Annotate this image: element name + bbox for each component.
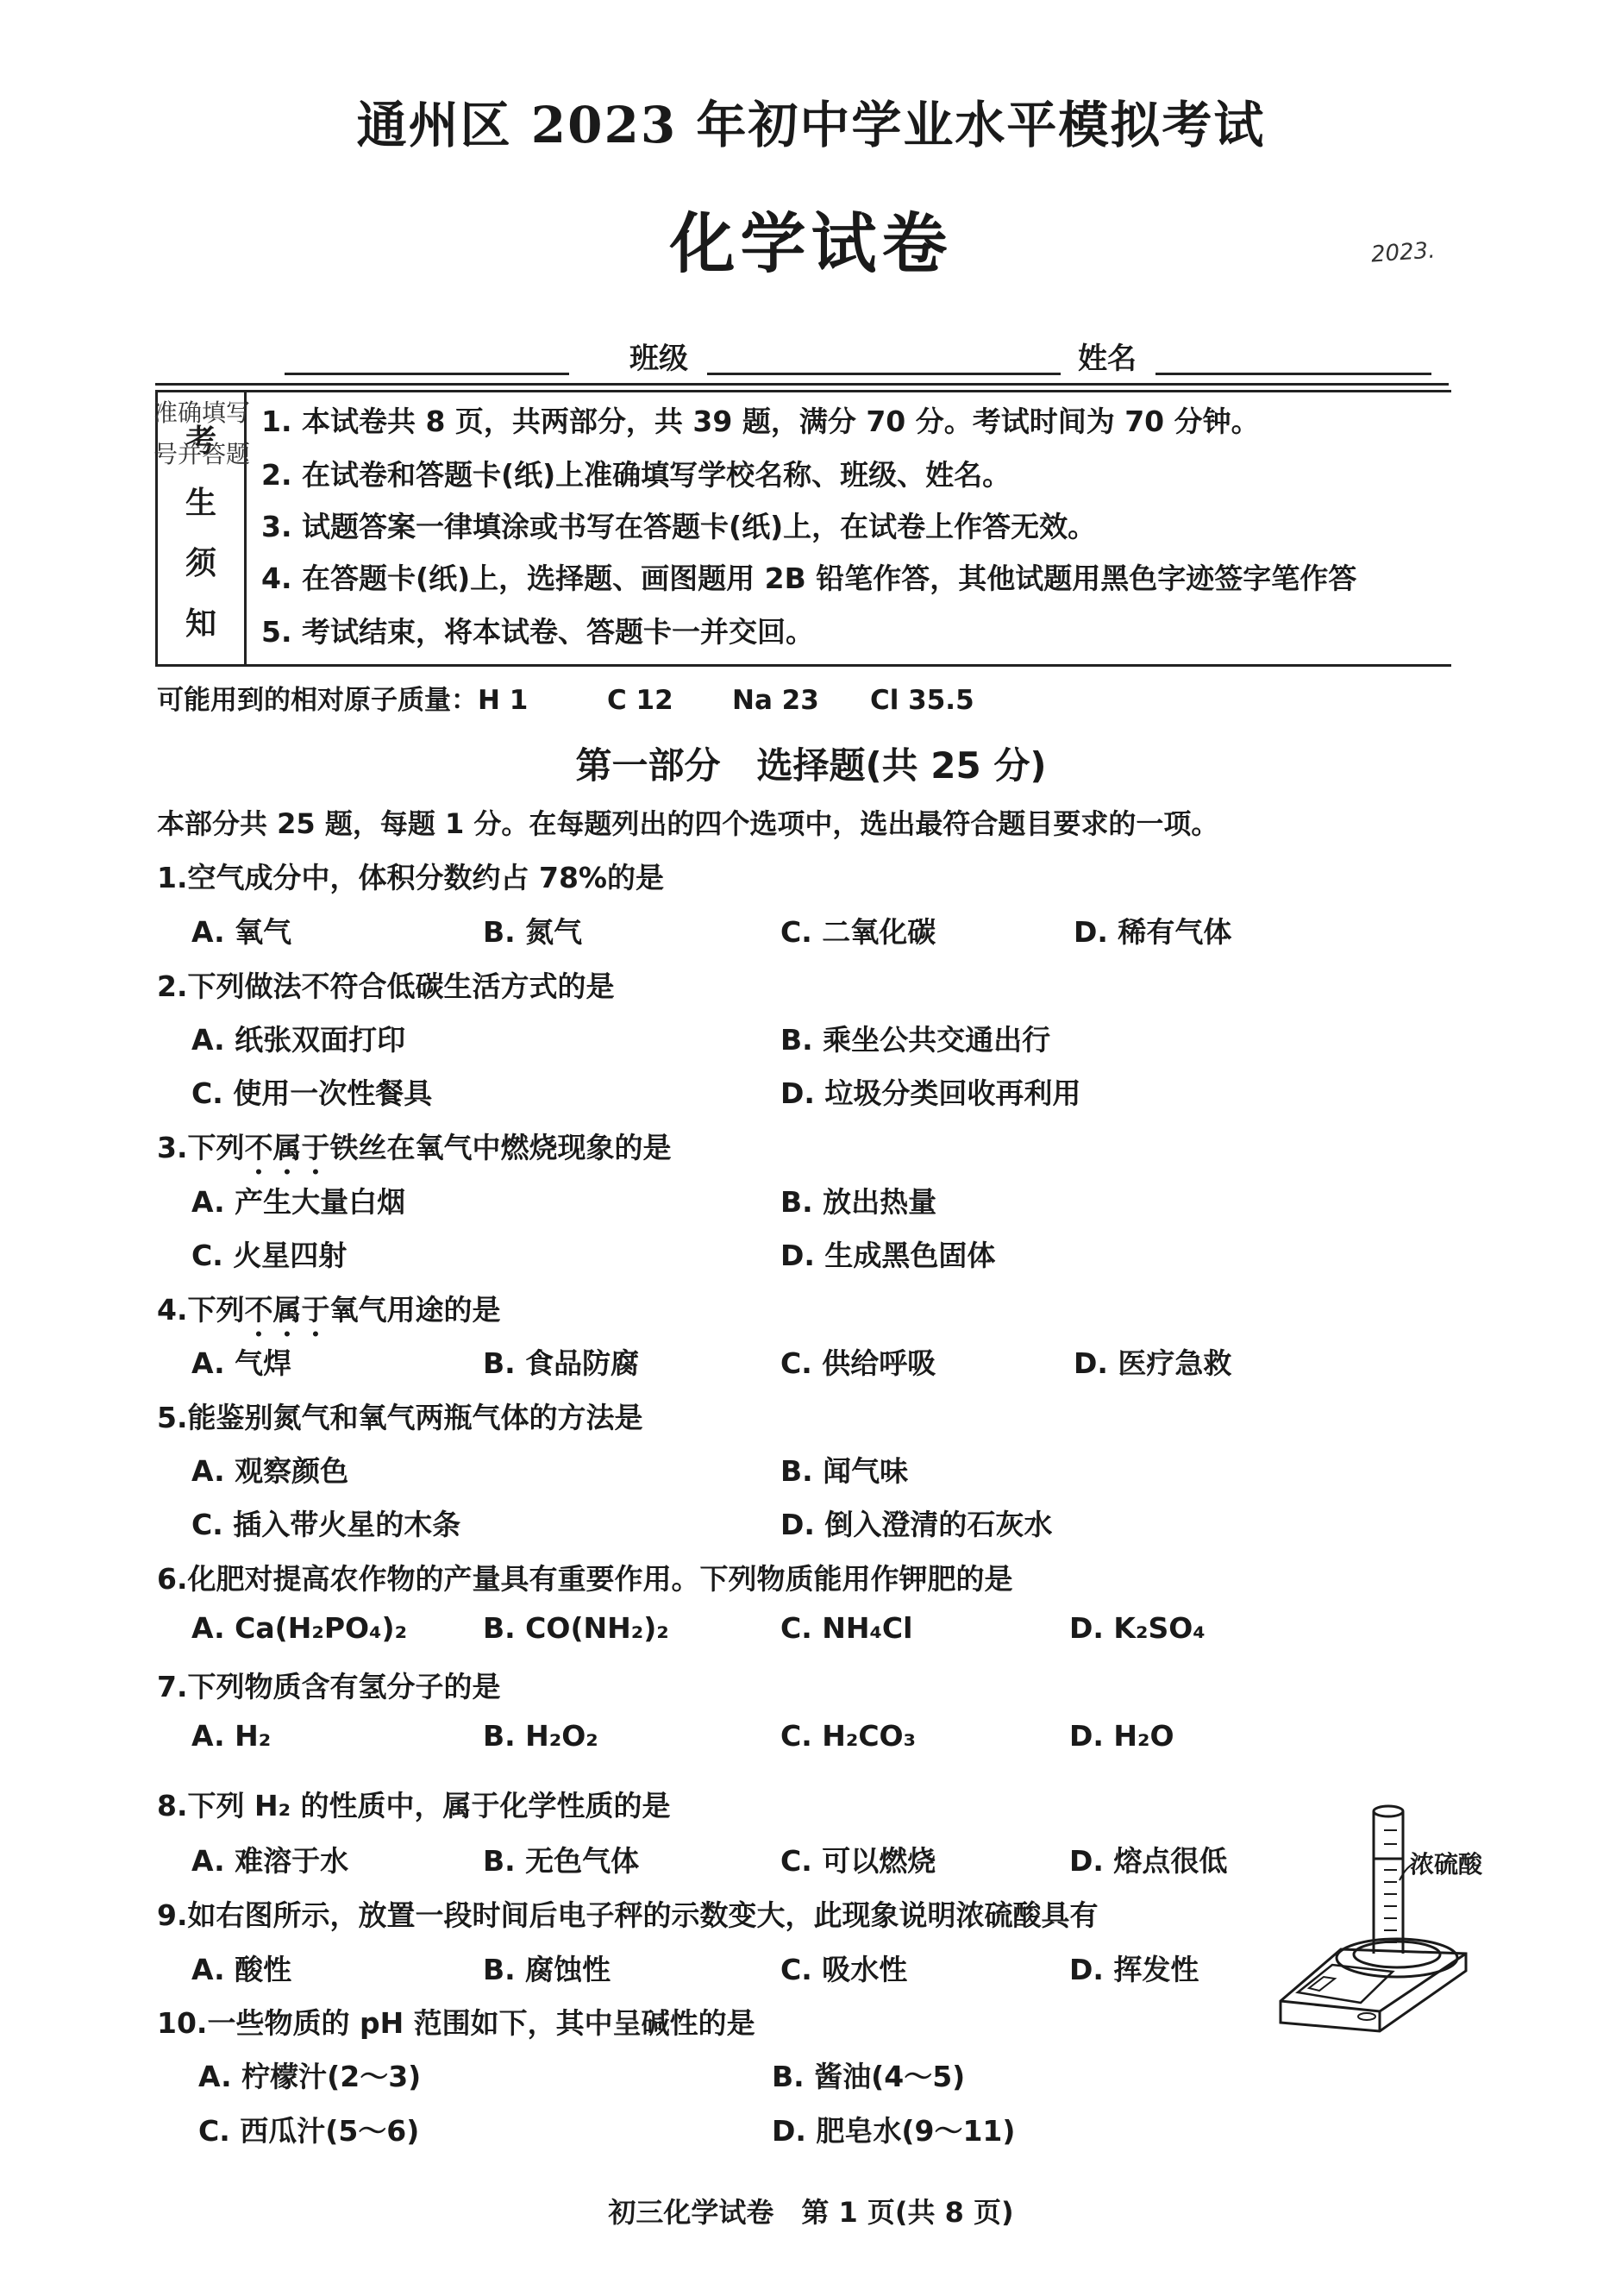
question-10: 10.一些物质的 pH 范围如下，其中呈碱性的是 xyxy=(157,2001,755,2042)
option-c[interactable]: C. 可以燃烧 xyxy=(780,1839,936,1879)
option-a[interactable]: A. 观察颜色 xyxy=(191,1449,348,1490)
option-d[interactable]: D. 挥发性 xyxy=(1069,1948,1199,1988)
option-b[interactable]: B. 食品防腐 xyxy=(483,1341,639,1382)
option-a[interactable]: A. 纸张双面打印 xyxy=(191,1018,405,1058)
option-a[interactable]: A. H₂ xyxy=(191,1719,271,1753)
option-b[interactable]: B. 闻气味 xyxy=(780,1449,908,1490)
option-d[interactable]: D. K₂SO₄ xyxy=(1069,1611,1206,1645)
option-c[interactable]: C. 供给呼吸 xyxy=(780,1341,936,1382)
question-9: 9.如右图所示，放置一段时间后电子秤的示数变大，此现象说明浓硫酸具有 xyxy=(157,1893,1099,1934)
option-d[interactable]: D. 倒入澄清的石灰水 xyxy=(780,1502,1052,1543)
atomic-mass-entry: C 12 xyxy=(607,685,732,716)
section-title: 第一部分 选择题(共 25 分) xyxy=(0,737,1622,789)
atomic-mass-entry: Na 23 xyxy=(732,685,870,716)
notice-item: 1. 本试卷共 8 页，共两部分，共 39 题，满分 70 分。考试时间为 70… xyxy=(261,399,1260,440)
option-c[interactable]: C. 插入带火星的木条 xyxy=(191,1502,460,1543)
atomic-masses-label: 可能用到的相对原子质量： xyxy=(157,685,478,716)
option-a[interactable]: A. Ca(H₂PO₄)₂ xyxy=(191,1611,407,1645)
question-4: 4.下列不属于氧气用途的是 xyxy=(157,1288,501,1344)
option-c[interactable]: C. 使用一次性餐具 xyxy=(191,1071,432,1112)
option-a[interactable]: A. 酸性 xyxy=(191,1948,291,1988)
scale-cylinder-figure: 浓硫酸 xyxy=(1259,1777,1518,2036)
exam-notice-box: 考 生 须 知 准确填写 号并答题 1. 本试卷共 8 页，共两部分，共 39 … xyxy=(155,390,1451,667)
option-c[interactable]: C. NH₄Cl xyxy=(780,1611,912,1645)
graduated-cylinder-on-scale-icon xyxy=(1259,1777,1518,2036)
option-c[interactable]: C. 火星四射 xyxy=(191,1233,347,1274)
exam-title: 通州区 2023 年初中学业水平模拟考试 xyxy=(0,85,1622,157)
option-d[interactable]: D. 医疗急救 xyxy=(1074,1341,1231,1382)
atomic-mass-entry: H 1 xyxy=(478,685,573,716)
option-a[interactable]: A. 气焊 xyxy=(191,1341,291,1382)
option-b[interactable]: B. H₂O₂ xyxy=(483,1719,598,1753)
name-label: 姓名 xyxy=(1078,335,1137,377)
notice-item: 3. 试题答案一律填涂或书写在答题卡(纸)上，在试卷上作答无效。 xyxy=(261,505,1096,545)
option-d[interactable]: D. 垃圾分类回收再利用 xyxy=(780,1071,1080,1112)
emphasis-text: 不属于 xyxy=(245,1131,330,1164)
question-8: 8.下列 H₂ 的性质中，属于化学性质的是 xyxy=(157,1784,671,1824)
notice-item: 4. 在答题卡(纸)上，选择题、画图题用 2B 铅笔作答，其他试题用黑色字迹签字… xyxy=(261,556,1356,597)
notice-label-column: 考 生 须 知 xyxy=(158,392,247,664)
notice-label-char: 生 xyxy=(158,479,244,523)
option-c[interactable]: C. 西瓜汁(5～6) xyxy=(198,2109,419,2149)
school-field[interactable] xyxy=(285,373,569,375)
date-stamp: 2023. xyxy=(1370,237,1436,267)
overlay-artifact-text: 号并答题 xyxy=(153,436,250,470)
figure-label: 浓硫酸 xyxy=(1410,1846,1482,1880)
notice-label-char: 知 xyxy=(158,599,244,643)
option-b[interactable]: B. 无色气体 xyxy=(483,1839,639,1879)
student-info-fields: 班级 姓名 xyxy=(285,335,1431,374)
page-footer: 初三化学试卷 第 1 页(共 8 页) xyxy=(0,2191,1622,2230)
header-divider xyxy=(155,383,1449,386)
option-d[interactable]: D. 稀有气体 xyxy=(1074,910,1231,950)
option-c[interactable]: C. 吸水性 xyxy=(780,1948,907,1988)
name-field[interactable] xyxy=(1155,373,1431,375)
option-a[interactable]: A. 难溶于水 xyxy=(191,1839,348,1879)
notice-label-char: 须 xyxy=(158,539,244,583)
question-6: 6.化肥对提高农作物的产量具有重要作用。下列物质能用作钾肥的是 xyxy=(157,1557,1013,1597)
class-label: 班级 xyxy=(629,335,688,377)
atomic-mass-entry: Cl 35.5 xyxy=(870,685,974,716)
option-d[interactable]: D. 熔点很低 xyxy=(1069,1839,1227,1879)
option-b[interactable]: B. 乘坐公共交通出行 xyxy=(780,1018,1050,1058)
question-5: 5.能鉴别氮气和氧气两瓶气体的方法是 xyxy=(157,1396,643,1436)
option-b[interactable]: B. 放出热量 xyxy=(780,1180,936,1220)
option-b[interactable]: B. 腐蚀性 xyxy=(483,1948,611,1988)
section-description: 本部分共 25 题，每题 1 分。在每题列出的四个选项中，选出最符合题目要求的一… xyxy=(157,802,1218,842)
atomic-masses: 可能用到的相对原子质量：H 1C 12Na 23Cl 35.5 xyxy=(157,678,974,717)
question-7: 7.下列物质含有氢分子的是 xyxy=(157,1665,501,1705)
option-d[interactable]: D. H₂O xyxy=(1069,1719,1174,1753)
option-a[interactable]: A. 产生大量白烟 xyxy=(191,1180,405,1220)
overlay-artifact-text: 准确填写 xyxy=(153,394,250,429)
option-b[interactable]: B. CO(NH₂)₂ xyxy=(483,1611,669,1645)
option-b[interactable]: B. 氮气 xyxy=(483,910,582,950)
option-b[interactable]: B. 酱油(4～5) xyxy=(772,2054,965,2095)
question-1: 1.空气成分中，体积分数约占 78%的是 xyxy=(157,856,664,896)
question-3: 3.下列不属于铁丝在氧气中燃烧现象的是 xyxy=(157,1126,672,1182)
option-d[interactable]: D. 肥皂水(9～11) xyxy=(772,2109,1015,2149)
option-c[interactable]: C. 二氧化碳 xyxy=(780,910,936,950)
emphasis-text: 不属于 xyxy=(245,1293,330,1327)
exam-subtitle: 化学试卷 xyxy=(0,191,1622,285)
option-c[interactable]: C. H₂CO₃ xyxy=(780,1719,916,1753)
question-2: 2.下列做法不符合低碳生活方式的是 xyxy=(157,964,615,1005)
option-d[interactable]: D. 生成黑色固体 xyxy=(780,1233,995,1274)
option-a[interactable]: A. 氧气 xyxy=(191,910,291,950)
class-field[interactable] xyxy=(707,373,1061,375)
notice-item: 5. 考试结束，将本试卷、答题卡一并交回。 xyxy=(261,610,814,650)
notice-item: 2. 在试卷和答题卡(纸)上准确填写学校名称、班级、姓名。 xyxy=(261,453,1011,493)
option-a[interactable]: A. 柠檬汁(2～3) xyxy=(198,2054,421,2095)
